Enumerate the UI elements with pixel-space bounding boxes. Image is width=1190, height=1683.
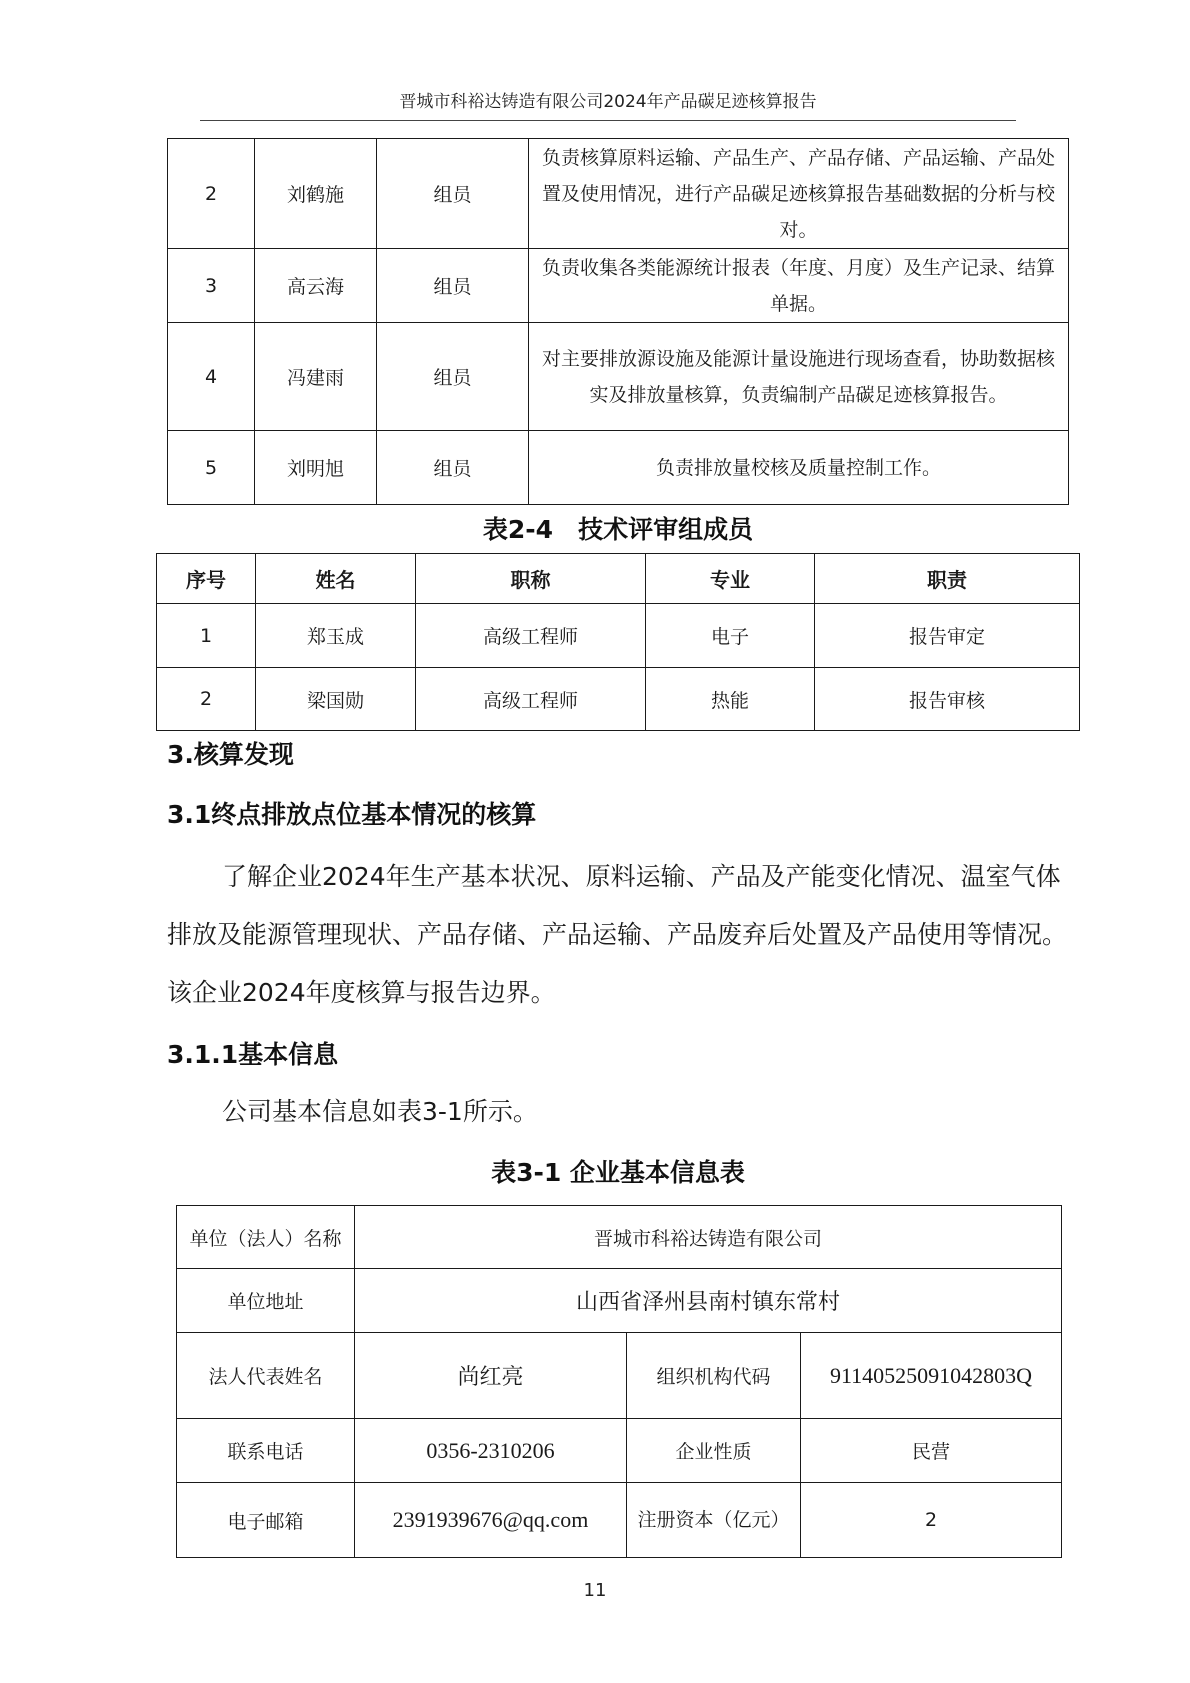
cell-duty: 报告审定: [815, 604, 1080, 668]
cell-no: 4: [168, 323, 255, 431]
table-row: 单位地址 山西省泽州县南村镇东常村: [177, 1269, 1062, 1333]
table-row: 单位（法人）名称 晋城市科裕达铸造有限公司: [177, 1206, 1062, 1269]
cell-no: 1: [157, 604, 256, 668]
cell-no: 2: [157, 668, 256, 731]
cell-duty: 对主要排放源设施及能源计量设施进行现场查看，协助数据核实及排放量核算，负责编制产…: [529, 323, 1069, 431]
body-paragraph: 了解企业2024年生产基本状况、原料运输、产品及产能变化情况、温室气体排放及能源…: [167, 848, 1072, 1022]
value-company-name: 晋城市科裕达铸造有限公司: [355, 1206, 1062, 1269]
cell-no: 3: [168, 249, 255, 323]
subsection-heading: 3.1终点排放点位基本情况的核算: [167, 795, 536, 831]
header-specialty: 专业: [646, 554, 815, 604]
cell-duty: 报告审核: [815, 668, 1080, 731]
table-row: 3 高云海 组员 负责收集各类能源统计报表（年度、月度）及生产记录、结算单据。: [168, 249, 1069, 323]
cell-name: 刘明旭: [255, 431, 377, 505]
value-capital: 2: [801, 1483, 1062, 1558]
cell-duty: 负责收集各类能源统计报表（年度、月度）及生产记录、结算单据。: [529, 249, 1069, 323]
body-paragraph: 公司基本信息如表3-1所示。: [167, 1092, 1072, 1128]
table-row: 1 郑玉成 高级工程师 电子 报告审定: [157, 604, 1080, 668]
cell-no: 5: [168, 431, 255, 505]
cell-name: 梁国勋: [256, 668, 416, 731]
cell-name: 郑玉成: [256, 604, 416, 668]
table-3-1-caption: 表3-1 企业基本信息表: [167, 1155, 1069, 1191]
cell-role: 组员: [377, 139, 529, 249]
table-row: 电子邮箱 2391939676@qq.com 注册资本（亿元） 2: [177, 1483, 1062, 1558]
cell-name: 高云海: [255, 249, 377, 323]
table-row: 联系电话 0356-2310206 企业性质 民营: [177, 1419, 1062, 1483]
label-nature: 企业性质: [627, 1419, 801, 1483]
value-nature: 民营: [801, 1419, 1062, 1483]
header-title: 职称: [416, 554, 646, 604]
label-email: 电子邮箱: [177, 1483, 355, 1558]
cell-role: 组员: [377, 431, 529, 505]
value-legal-rep: 尚红亮: [355, 1333, 627, 1419]
cell-duty: 负责核算原料运输、产品生产、产品存储、产品运输、产品处置及使用情况，进行产品碳足…: [529, 139, 1069, 249]
cell-no: 2: [168, 139, 255, 249]
review-team-table: 序号 姓名 职称 专业 职责 1 郑玉成 高级工程师 电子 报告审定 2 梁国勋…: [156, 553, 1080, 731]
table-row: 4 冯建雨 组员 对主要排放源设施及能源计量设施进行现场查看，协助数据核实及排放…: [168, 323, 1069, 431]
subsubsection-heading: 3.1.1基本信息: [167, 1035, 338, 1071]
label-phone: 联系电话: [177, 1419, 355, 1483]
table-row: 5 刘明旭 组员 负责排放量校核及质量控制工作。: [168, 431, 1069, 505]
company-info-table: 单位（法人）名称 晋城市科裕达铸造有限公司 单位地址 山西省泽州县南村镇东常村 …: [176, 1205, 1062, 1558]
cell-name: 刘鹤施: [255, 139, 377, 249]
header-no: 序号: [157, 554, 256, 604]
table-2-4-caption: 表2-4 技术评审组成员: [167, 512, 1069, 548]
table-row: 2 刘鹤施 组员 负责核算原料运输、产品生产、产品存储、产品运输、产品处置及使用…: [168, 139, 1069, 249]
cell-role: 组员: [377, 249, 529, 323]
table-row: 法人代表姓名 尚红亮 组织机构代码 91140525091042803Q: [177, 1333, 1062, 1419]
label-company-name: 单位（法人）名称: [177, 1206, 355, 1269]
value-phone: 0356-2310206: [355, 1419, 627, 1483]
value-email: 2391939676@qq.com: [355, 1483, 627, 1558]
cell-specialty: 电子: [646, 604, 815, 668]
value-address: 山西省泽州县南村镇东常村: [355, 1269, 1062, 1333]
cell-name: 冯建雨: [255, 323, 377, 431]
page-number: 11: [0, 1580, 1190, 1601]
header-name: 姓名: [256, 554, 416, 604]
cell-title: 高级工程师: [416, 604, 646, 668]
section-heading: 3.核算发现: [167, 735, 294, 771]
cell-duty: 负责排放量校核及质量控制工作。: [529, 431, 1069, 505]
cell-role: 组员: [377, 323, 529, 431]
value-org-code: 91140525091042803Q: [801, 1333, 1062, 1419]
table-header-row: 序号 姓名 职称 专业 职责: [157, 554, 1080, 604]
label-legal-rep: 法人代表姓名: [177, 1333, 355, 1419]
label-address: 单位地址: [177, 1269, 355, 1333]
header-duty: 职责: [815, 554, 1080, 604]
label-org-code: 组织机构代码: [627, 1333, 801, 1419]
team-members-table-continued: 2 刘鹤施 组员 负责核算原料运输、产品生产、产品存储、产品运输、产品处置及使用…: [167, 138, 1069, 505]
running-header: 晋城市科裕达铸造有限公司2024年产品碳足迹核算报告: [200, 88, 1016, 121]
label-capital: 注册资本（亿元）: [627, 1483, 801, 1558]
cell-specialty: 热能: [646, 668, 815, 731]
cell-title: 高级工程师: [416, 668, 646, 731]
table-row: 2 梁国勋 高级工程师 热能 报告审核: [157, 668, 1080, 731]
